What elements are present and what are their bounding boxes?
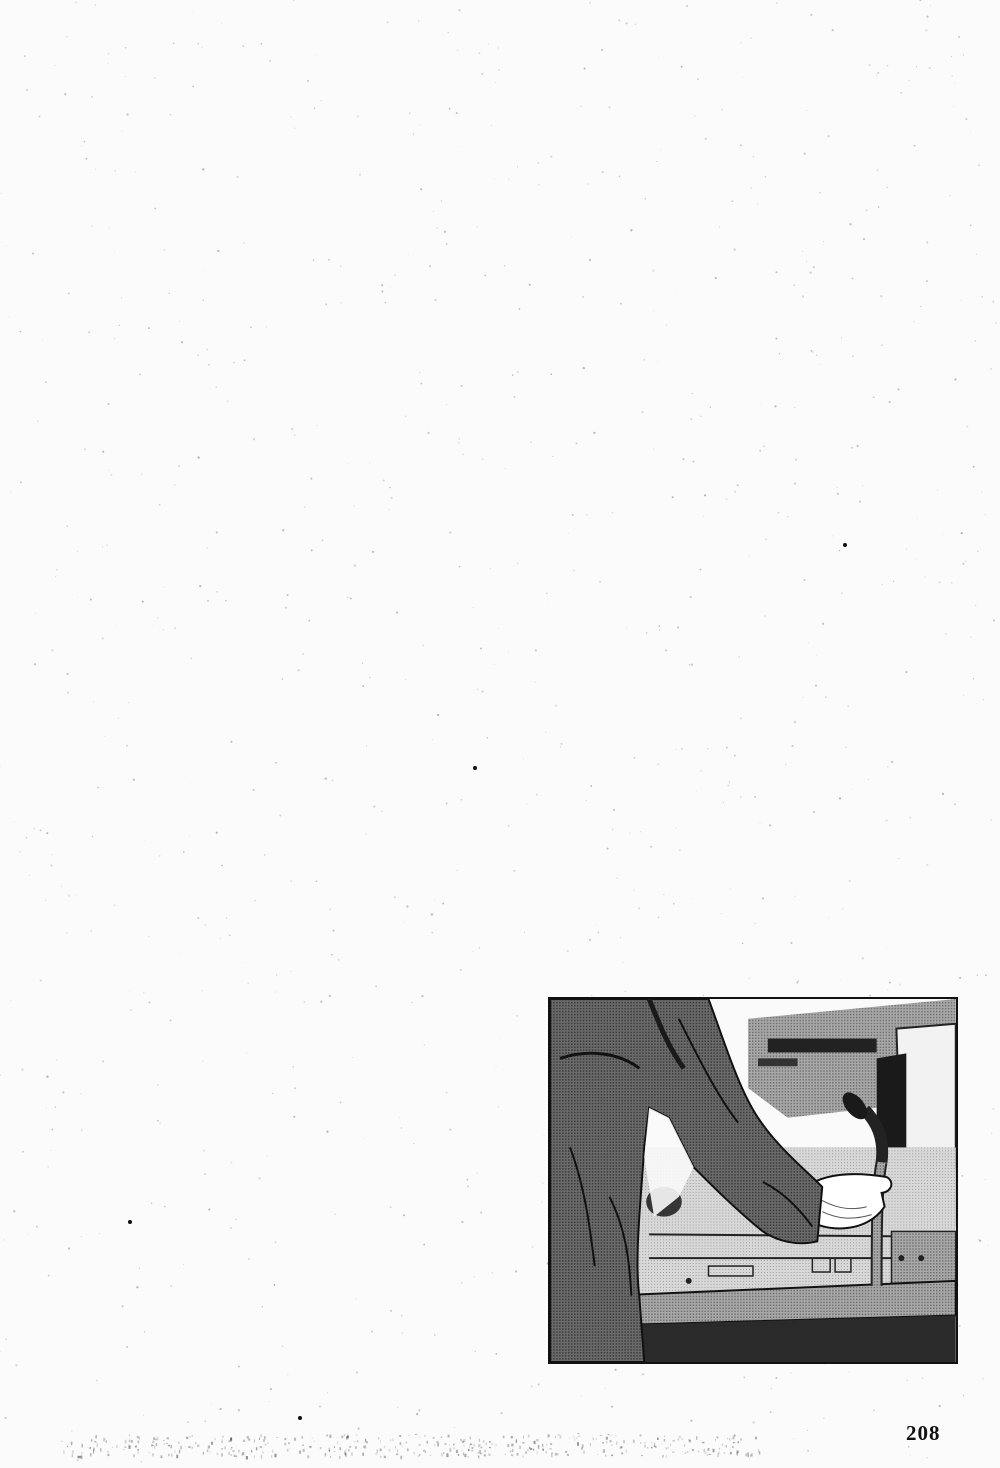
manga-panel (548, 997, 958, 1364)
page-number: 208 (906, 1421, 941, 1446)
panel-illustration (550, 999, 956, 1362)
scan-bleed-through (0, 1420, 1000, 1468)
